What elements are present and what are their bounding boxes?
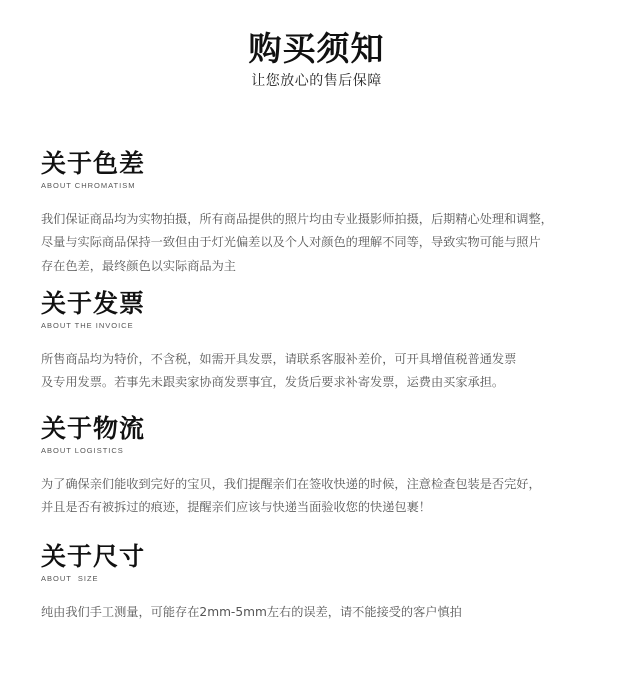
body-line: 并且是否有被拆过的痕迹，提醒亲们应该与快递当面验收您的快递包裹！ <box>41 496 601 519</box>
section-body: 我们保证商品均为实物拍摄，所有商品提供的照片均由专业摄影师拍摄，后期精心处理和调… <box>41 208 601 278</box>
body-line: 所售商品均为特价，不含税，如需开具发票，请联系客服补差价，可开具增值税普通发票 <box>41 348 601 371</box>
section-logistics: 关于物流 ABOUT LOGISTICS 为了确保亲们能收到完好的宝贝，我们提醒… <box>41 415 601 520</box>
body-line: 及专用发票。若事先未跟卖家协商发票事宜，发货后要求补寄发票，运费由买家承担。 <box>41 371 601 394</box>
page-title: 购买须知 <box>0 29 633 69</box>
section-body: 纯由我们手工测量，可能存在2mm-5mm左右的误差，请不能接受的客户慎拍 <box>41 601 601 624</box>
body-line: 尽量与实际商品保持一致但由于灯光偏差以及个人对颜色的理解不同等，导致实物可能与照… <box>41 231 601 254</box>
section-title: 关于发票 <box>41 290 601 318</box>
section-subtitle: ABOUT SIZE <box>41 574 601 584</box>
page-header: 购买须知 让您放心的售后保障 <box>0 29 633 90</box>
body-line: 存在色差，最终颜色以实际商品为主 <box>41 255 601 278</box>
section-size: 关于尺寸 ABOUT SIZE 纯由我们手工测量，可能存在2mm-5mm左右的误… <box>41 543 601 624</box>
section-subtitle: ABOUT CHROMATISM <box>41 181 601 191</box>
section-chromatism: 关于色差 ABOUT CHROMATISM 我们保证商品均为实物拍摄，所有商品提… <box>41 150 601 278</box>
section-title: 关于色差 <box>41 150 601 178</box>
section-invoice: 关于发票 ABOUT THE INVOICE 所售商品均为特价，不含税，如需开具… <box>41 290 601 395</box>
section-body: 为了确保亲们能收到完好的宝贝，我们提醒亲们在签收快递的时候，注意检查包装是否完好… <box>41 473 601 520</box>
section-subtitle: ABOUT THE INVOICE <box>41 321 601 331</box>
section-body: 所售商品均为特价，不含税，如需开具发票，请联系客服补差价，可开具增值税普通发票 … <box>41 348 601 395</box>
body-line: 我们保证商品均为实物拍摄，所有商品提供的照片均由专业摄影师拍摄，后期精心处理和调… <box>41 208 601 231</box>
body-line: 为了确保亲们能收到完好的宝贝，我们提醒亲们在签收快递的时候，注意检查包装是否完好… <box>41 473 601 496</box>
section-title: 关于物流 <box>41 415 601 443</box>
body-line: 纯由我们手工测量，可能存在2mm-5mm左右的误差，请不能接受的客户慎拍 <box>41 601 601 624</box>
section-title: 关于尺寸 <box>41 543 601 571</box>
page-subtitle: 让您放心的售后保障 <box>0 72 633 90</box>
section-subtitle: ABOUT LOGISTICS <box>41 446 601 456</box>
